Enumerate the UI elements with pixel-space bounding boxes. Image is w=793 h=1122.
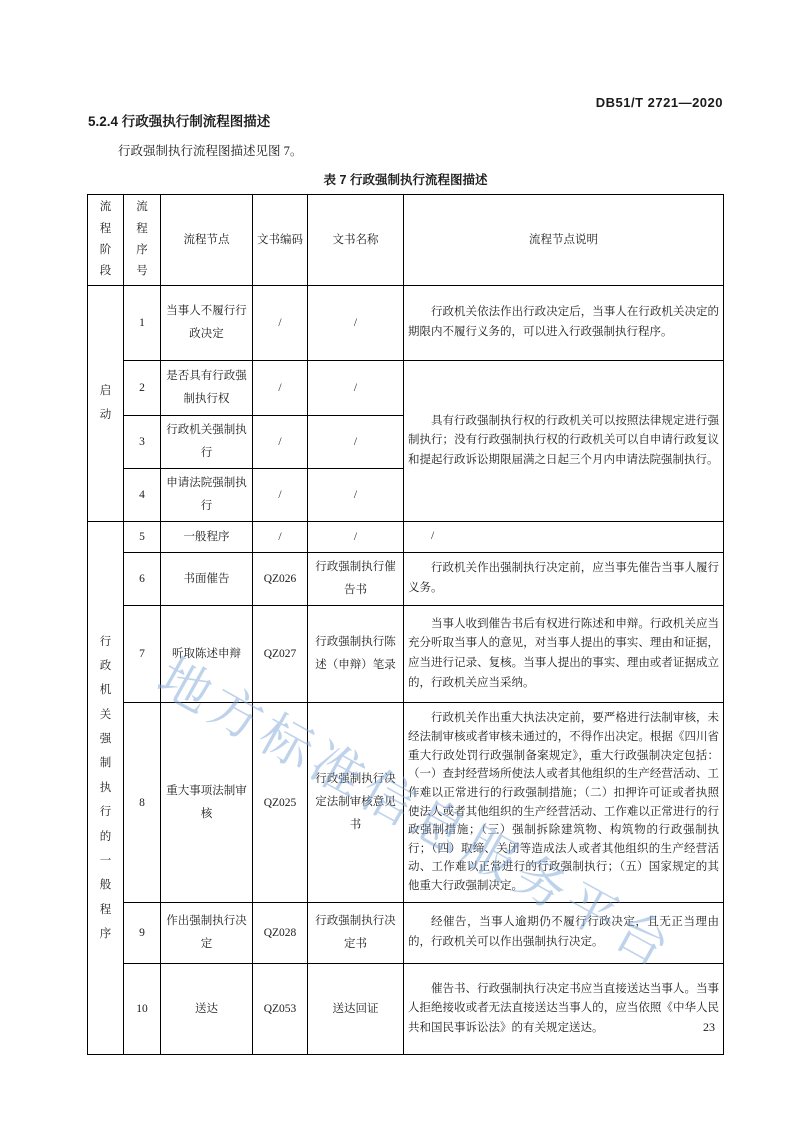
header-description: 流程节点说明	[404, 195, 724, 286]
page-number: 23	[703, 1020, 715, 1035]
header-doc-name: 文书名称	[308, 195, 404, 286]
row-doc-name: /	[308, 416, 404, 469]
row-doc-name: 行政强制执行决定书	[308, 903, 404, 964]
row-doc-code: QZ025	[253, 703, 308, 903]
row-description: 当事人收到催告书后有权进行陈述和申辩。行政机关应当充分听取当事人的意见，对当事人…	[404, 606, 724, 703]
row-node: 是否具有行政强制执行权	[161, 361, 253, 416]
row-description: 行政机关作出强制执行决定前，应当事先催告当事人履行义务。	[404, 553, 724, 606]
table-row: 8 重大事项法制审核 QZ025 行政强制执行决定法制审核意见书 行政机关作出重…	[88, 703, 724, 903]
row-doc-name: 送达回证	[308, 964, 404, 1055]
row-seq: 1	[124, 286, 161, 361]
section-heading: 5.2.4 行政强执行制流程图描述	[88, 110, 270, 130]
header-doc-code: 文书编码	[253, 195, 308, 286]
table-title: 表 7 行政强制执行流程图描述	[88, 170, 723, 188]
intro-paragraph: 行政强制执行流程图描述见图 7。	[88, 141, 648, 159]
row-seq: 2	[124, 361, 161, 416]
row-node: 书面催告	[161, 553, 253, 606]
flow-table: 流程阶段 流程序号 流程节点 文书编码 文书名称 流程节点说明 启动 1 当事人…	[87, 194, 724, 1055]
row-description-merged: 具有行政强制执行权的行政机关可以按照法律规定进行强制执行；没有行政强制执行权的行…	[404, 361, 724, 522]
doc-number: DB51/T 2721—2020	[596, 95, 723, 110]
table-row: 10 送达 QZ053 送达回证 催告书、行政强制执行决定书应当直接送达当事人。…	[88, 964, 724, 1055]
row-node: 听取陈述申辩	[161, 606, 253, 703]
row-node: 重大事项法制审核	[161, 703, 253, 903]
row-seq: 6	[124, 553, 161, 606]
row-doc-code: QZ027	[253, 606, 308, 703]
row-doc-code: QZ028	[253, 903, 308, 964]
row-node: 送达	[161, 964, 253, 1055]
header-seq: 流程序号	[124, 195, 161, 286]
row-description: /	[404, 522, 724, 553]
table-row: 2 是否具有行政强制执行权 / / 具有行政强制执行权的行政机关可以按照法律规定…	[88, 361, 724, 416]
stage-label-general-procedure: 行政机关强制执行的一般程序	[88, 522, 124, 1055]
row-node: 一般程序	[161, 522, 253, 553]
row-description: 行政机关依法作出行政决定后，当事人在行政机关决定的期限内不履行义务的，可以进入行…	[404, 286, 724, 361]
row-doc-code: /	[253, 416, 308, 469]
table-header-row: 流程阶段 流程序号 流程节点 文书编码 文书名称 流程节点说明	[88, 195, 724, 286]
table-row: 9 作出强制执行决定 QZ028 行政强制执行决定书 经催告，当事人逾期仍不履行…	[88, 903, 724, 964]
row-doc-code: /	[253, 522, 308, 553]
document-page: DB51/T 2721—2020 5.2.4 行政强执行制流程图描述 行政强制执…	[0, 0, 793, 1122]
row-doc-name: /	[308, 522, 404, 553]
row-node: 当事人不履行行政决定	[161, 286, 253, 361]
row-description: 催告书、行政强制执行决定书应当直接送达当事人。当事人拒绝接收或者无法直接送达当事…	[404, 964, 724, 1055]
header-stage: 流程阶段	[88, 195, 124, 286]
row-doc-name: 行政强制执行催告书	[308, 553, 404, 606]
stage-label-qidong: 启动	[88, 286, 124, 522]
row-doc-name: /	[308, 361, 404, 416]
table-row: 行政机关强制执行的一般程序 5 一般程序 / / /	[88, 522, 724, 553]
row-seq: 4	[124, 469, 161, 522]
row-doc-name: /	[308, 469, 404, 522]
row-doc-code: QZ053	[253, 964, 308, 1055]
row-doc-code: /	[253, 469, 308, 522]
table-row: 6 书面催告 QZ026 行政强制执行催告书 行政机关作出强制执行决定前，应当事…	[88, 553, 724, 606]
row-seq: 3	[124, 416, 161, 469]
row-doc-name: /	[308, 286, 404, 361]
table-row: 启动 1 当事人不履行行政决定 / / 行政机关依法作出行政决定后，当事人在行政…	[88, 286, 724, 361]
row-node: 行政机关强制执行	[161, 416, 253, 469]
row-node: 申请法院强制执行	[161, 469, 253, 522]
row-description: 行政机关作出重大执法决定前，要严格进行法制审核，未经法制审核或者审核未通过的，不…	[404, 703, 724, 903]
header-node: 流程节点	[161, 195, 253, 286]
row-doc-name: 行政强制执行决定法制审核意见书	[308, 703, 404, 903]
row-node: 作出强制执行决定	[161, 903, 253, 964]
row-doc-name: 行政强制执行陈述（申辩）笔录	[308, 606, 404, 703]
table-row: 7 听取陈述申辩 QZ027 行政强制执行陈述（申辩）笔录 当事人收到催告书后有…	[88, 606, 724, 703]
row-doc-code: /	[253, 286, 308, 361]
row-doc-code: /	[253, 361, 308, 416]
row-seq: 8	[124, 703, 161, 903]
row-doc-code: QZ026	[253, 553, 308, 606]
row-description: 经催告，当事人逾期仍不履行行政决定，且无正当理由的，行政机关可以作出强制执行决定…	[404, 903, 724, 964]
row-seq: 9	[124, 903, 161, 964]
row-seq: 10	[124, 964, 161, 1055]
row-seq: 7	[124, 606, 161, 703]
row-seq: 5	[124, 522, 161, 553]
